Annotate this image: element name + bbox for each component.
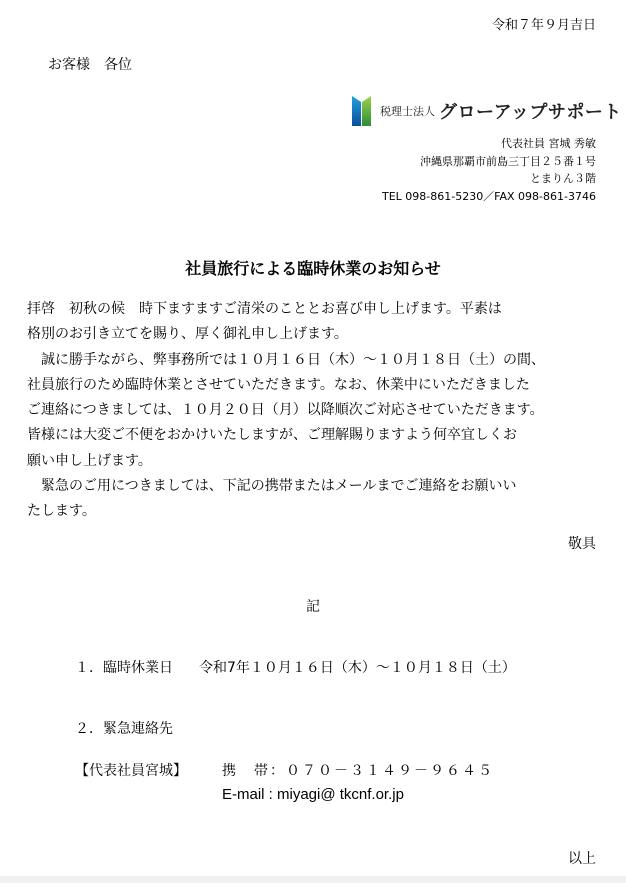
- closure-dates-item: １．臨時休業日令和7年１０月１６日（木）～１０月１８日（土）: [75, 657, 516, 677]
- document-title: 社員旅行による臨時休業のお知らせ: [0, 256, 626, 279]
- address-line2: とまりん３階: [530, 170, 596, 186]
- body-line: ご連絡につきましては、１０月２０日（月）以降順次ご対応させていただきます。: [27, 398, 602, 423]
- item1-value: 令和7年１０月１６日（木）～１０月１８日（土）: [199, 660, 516, 676]
- company-logo: 税理士法人 グローアップサポート: [352, 96, 622, 126]
- body-line: 願い申し上げます。: [27, 449, 602, 474]
- page-bottom-edge: [0, 876, 626, 883]
- tel-fax: TEL 098-861-5230／FAX 098-861-3746: [382, 188, 596, 204]
- contact-phone: 携 帯：０７０－３１４９－９６４５: [222, 760, 494, 780]
- representative: 代表社員 宮城 秀敏: [501, 135, 596, 151]
- recipient: お客様 各位: [48, 54, 132, 74]
- body-line: 拝啓 初秋の候 時下ますますご清栄のこととお喜び申し上げます。平素は: [27, 297, 602, 322]
- item1-label: １．臨時休業日: [75, 660, 173, 676]
- logo-company-name: グローアップサポート: [439, 98, 622, 124]
- emergency-contact-item: ２．緊急連絡先: [75, 718, 173, 738]
- address-line1: 沖縄県那覇市前島三丁目２５番１号: [420, 153, 596, 169]
- body-line: たします。: [27, 499, 602, 524]
- logo-mark-icon: [352, 96, 372, 126]
- body-line: 社員旅行のため臨時休業とさせていただきます。なお、休業中にいただきました: [27, 373, 602, 398]
- closing: 敬具: [568, 533, 596, 553]
- body-line: 格別のお引き立てを賜り、厚く御礼申し上げます。: [27, 322, 602, 347]
- body-line: 皆様には大変ご不便をおかけいたしますが、ご理解賜りますよう何卒宜しくお: [27, 423, 602, 448]
- body-line: 緊急のご用につきましては、下記の携帯またはメールまでご連絡をお願いい: [27, 474, 602, 499]
- contact-person: 【代表社員宮城】: [75, 760, 187, 780]
- end-mark: 以上: [568, 848, 596, 868]
- body-line: 誠に勝手ながら、弊事務所では１０月１６日（木）～１０月１８日（土）の間、: [27, 348, 602, 373]
- body-text: 拝啓 初秋の候 時下ますますご清栄のこととお喜び申し上げます。平素は 格別のお引…: [27, 297, 602, 525]
- ki-heading: 記: [0, 596, 626, 616]
- contact-email[interactable]: E-mail : miyagi@ tkcnf.or.jp: [222, 786, 404, 803]
- logo-entity-type: 税理士法人: [380, 103, 435, 119]
- letter-page: 令和７年９月吉日 お客様 各位 税理士法人 グローアップサポート 代表社員 宮城…: [0, 0, 626, 876]
- issue-date: 令和７年９月吉日: [492, 14, 596, 33]
